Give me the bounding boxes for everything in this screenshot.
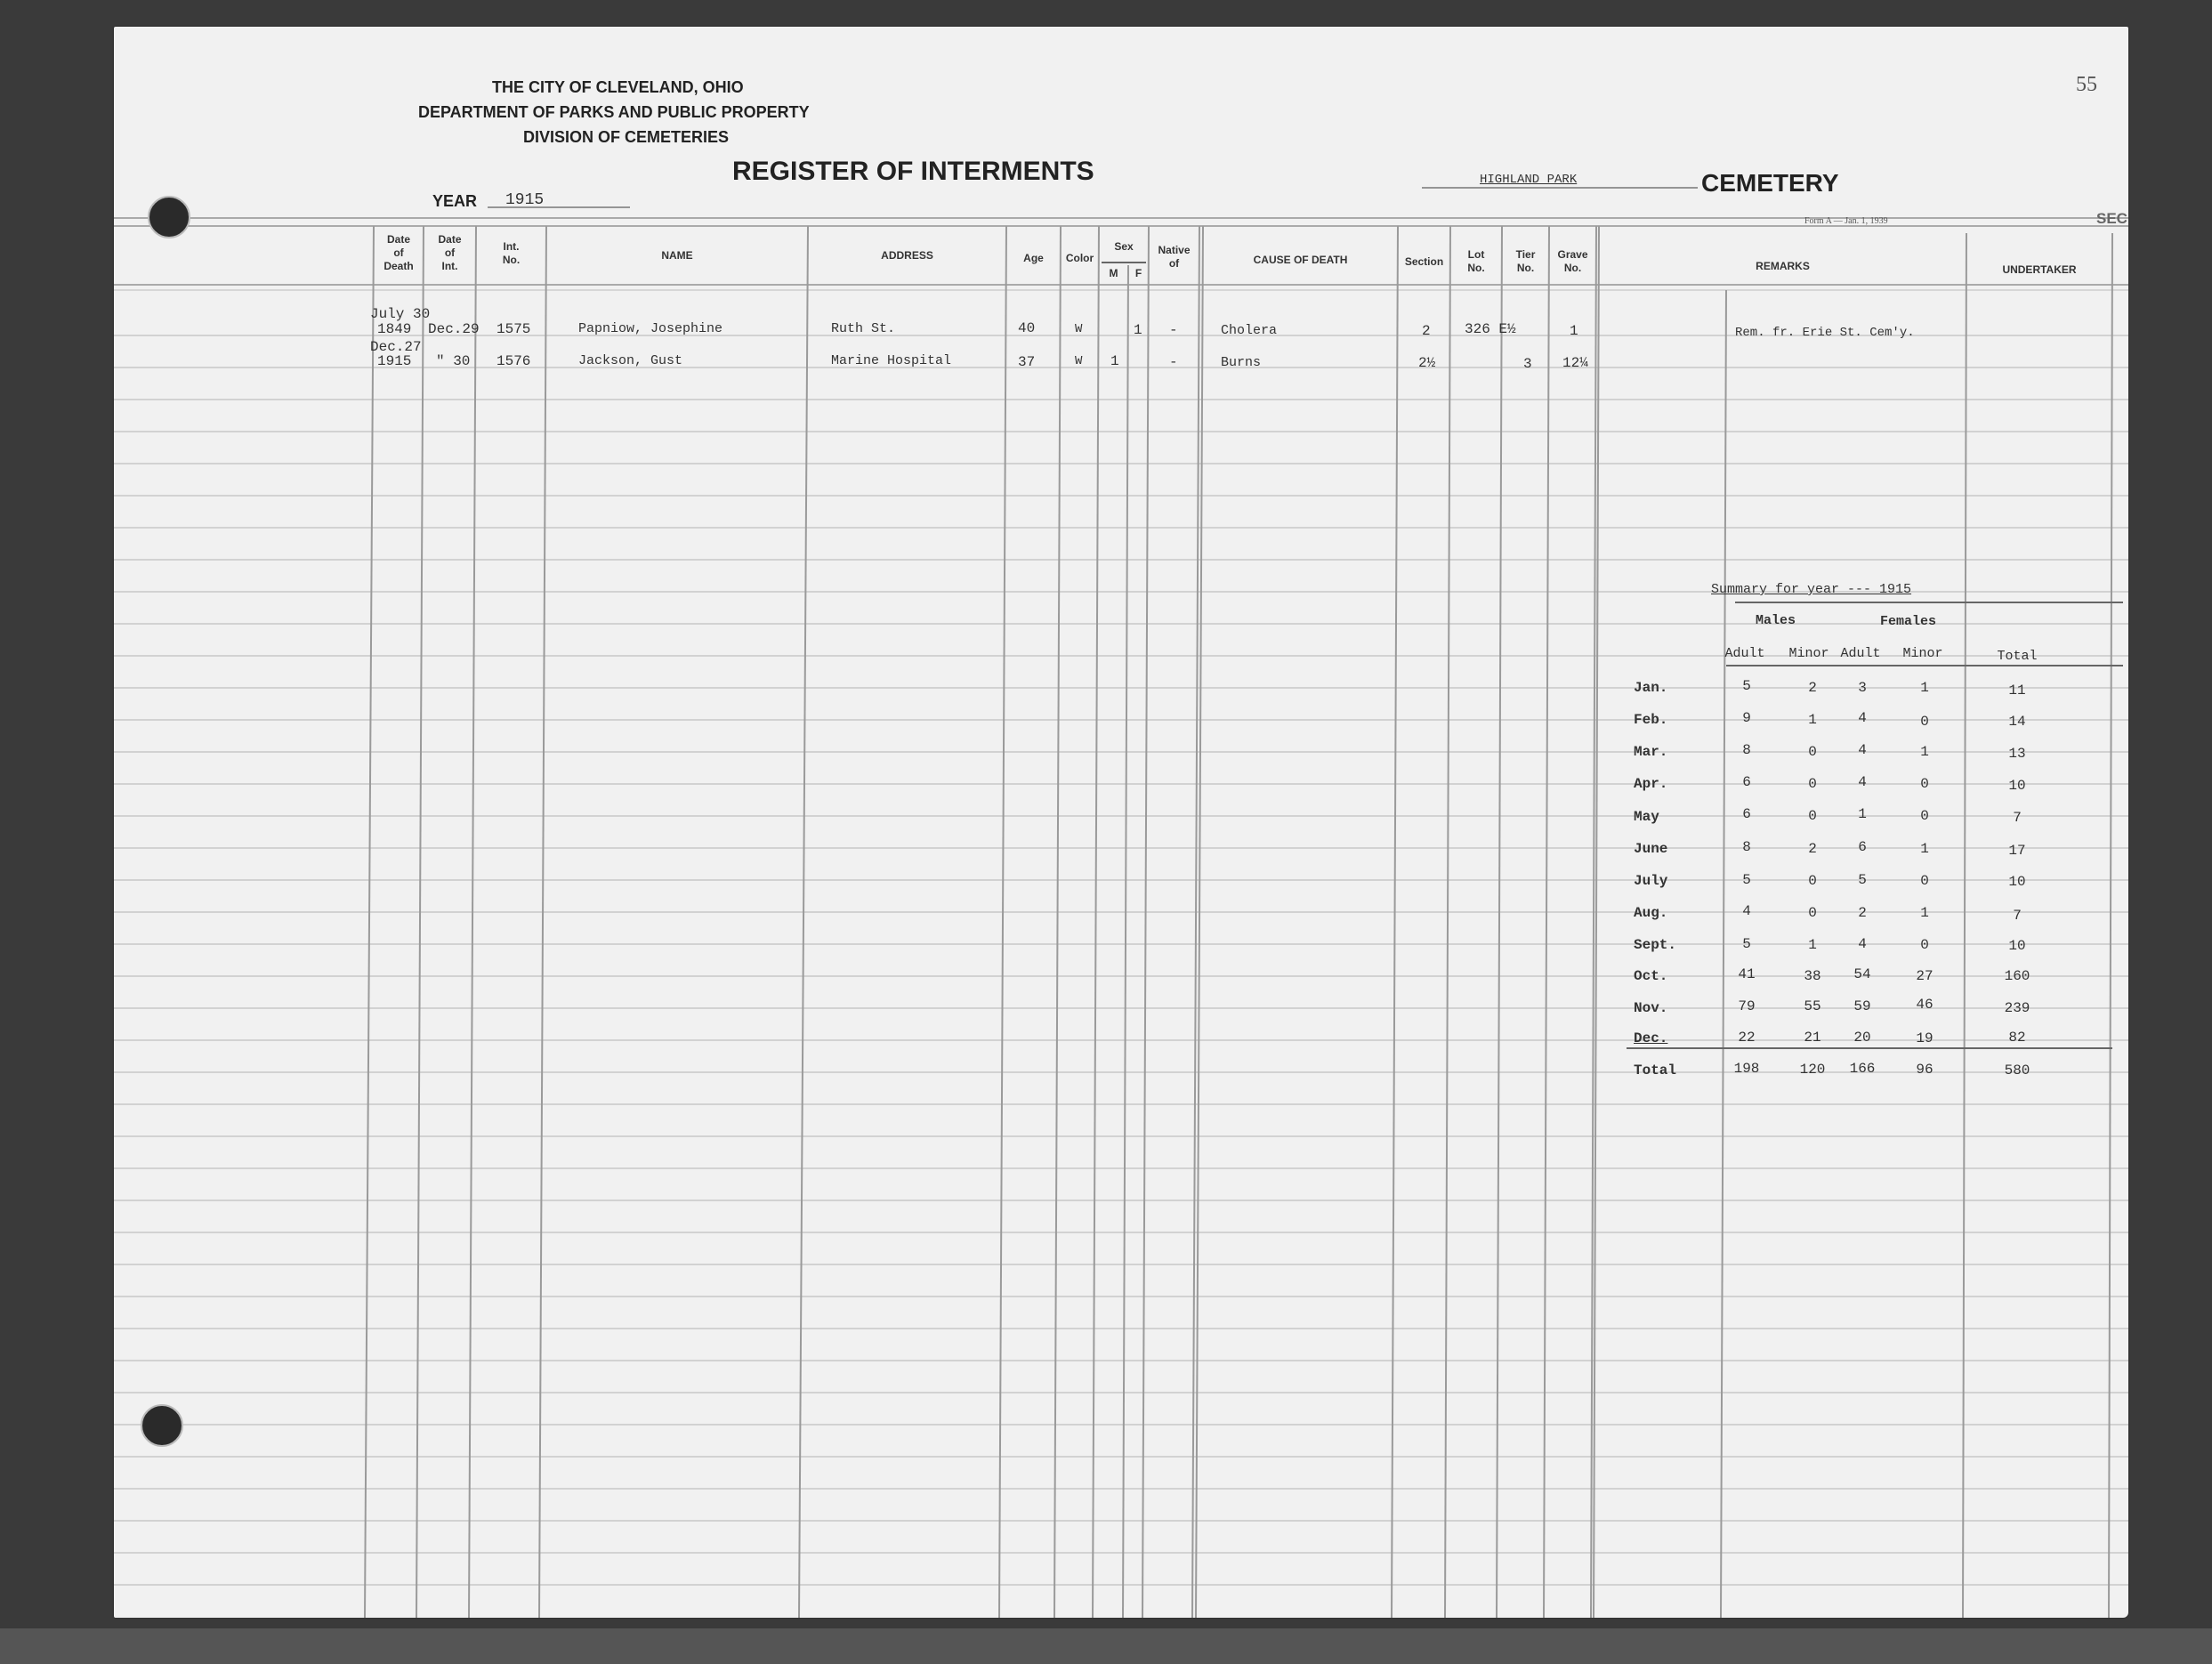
- males-adult: 6: [1724, 806, 1769, 822]
- native-of: -: [1169, 322, 1178, 338]
- summary-month: Jan.: [1634, 680, 1667, 696]
- col-date-of-death: Date of Death: [374, 233, 424, 273]
- native-of: -: [1169, 354, 1178, 370]
- summary-month: June: [1634, 841, 1667, 857]
- section: 2: [1422, 323, 1431, 339]
- summary-month: Feb.: [1634, 712, 1667, 728]
- summary-month: Nov.: [1634, 1000, 1667, 1016]
- females-minor: 1: [1902, 905, 1947, 921]
- date-of-death-line2: 1915: [377, 353, 411, 369]
- col-label: Int.: [424, 260, 476, 273]
- females-minor-total: 96: [1902, 1062, 1947, 1078]
- row-total: 11: [1995, 683, 2039, 699]
- col-label: Death: [374, 260, 424, 273]
- males-minor: 21: [1790, 1030, 1835, 1046]
- males-minor: 2: [1790, 680, 1835, 696]
- col-sex: Sex: [1099, 240, 1149, 254]
- name: Papniow, Josephine: [578, 321, 723, 336]
- scanner-background: [0, 1628, 2212, 1664]
- females-adult: 5: [1840, 872, 1885, 888]
- females-minor: 0: [1902, 776, 1947, 792]
- summary-month: Sept.: [1634, 937, 1676, 953]
- grave-no: 1: [1570, 323, 1578, 339]
- date-of-int: " 30: [436, 353, 470, 369]
- females-adult: 4: [1840, 936, 1885, 952]
- females-minor: 0: [1902, 937, 1947, 953]
- males-adult: 9: [1724, 710, 1769, 726]
- col-age: Age: [1006, 252, 1061, 265]
- col-label: No.: [1549, 262, 1596, 275]
- summary-group-males: Males: [1756, 613, 1796, 628]
- females-minor: 0: [1902, 714, 1947, 730]
- row-total: 7: [1995, 810, 2039, 826]
- males-minor: 0: [1790, 905, 1835, 921]
- department-heading: DEPARTMENT OF PARKS AND PUBLIC PROPERTY: [418, 103, 810, 122]
- females-adult-total: 166: [1840, 1061, 1885, 1077]
- summary-title: Summary for year --- 1915: [1711, 582, 1911, 597]
- form-note: Form A — Jan. 1, 1939: [1804, 216, 1888, 226]
- age: 40: [1018, 320, 1035, 336]
- color: W: [1075, 322, 1082, 336]
- males-adult: 5: [1724, 872, 1769, 888]
- division-heading: DIVISION OF CEMETERIES: [523, 128, 729, 147]
- binder-hole-top: [148, 196, 190, 238]
- col-sex-m: M: [1099, 267, 1128, 280]
- males-minor: 1: [1790, 712, 1835, 728]
- binder-hole-bottom: [141, 1404, 183, 1447]
- males-adult: 41: [1724, 966, 1769, 982]
- females-minor: 1: [1902, 744, 1947, 760]
- col-label: No.: [476, 254, 546, 267]
- cause-of-death: Burns: [1221, 355, 1261, 370]
- col-label: Native: [1149, 244, 1199, 257]
- col-label: of: [374, 246, 424, 260]
- summary-month: Apr.: [1634, 776, 1667, 792]
- col-label: Date: [424, 233, 476, 246]
- date-of-death-line2: 1849: [377, 321, 411, 337]
- females-minor: 19: [1902, 1030, 1947, 1046]
- col-label: No.: [1450, 262, 1502, 275]
- females-adult: 4: [1840, 774, 1885, 790]
- col-label: Lot: [1450, 248, 1502, 262]
- females-adult: 1: [1840, 806, 1885, 822]
- col-name: NAME: [546, 249, 808, 263]
- summary-month: Dec.: [1634, 1030, 1667, 1046]
- males-adult-total: 198: [1724, 1061, 1769, 1077]
- males-minor: 0: [1790, 873, 1835, 889]
- males-adult: 4: [1724, 903, 1769, 919]
- males-minor: 38: [1790, 968, 1835, 984]
- females-adult: 20: [1840, 1030, 1885, 1046]
- summary-month: Mar.: [1634, 744, 1667, 760]
- summary-header: Adult: [1723, 646, 1767, 661]
- section: 2½: [1418, 355, 1435, 371]
- row-total: 10: [1995, 938, 2039, 954]
- females-minor: 1: [1902, 841, 1947, 857]
- city-heading: THE CITY OF CLEVELAND, OHIO: [492, 78, 744, 97]
- females-minor: 0: [1902, 873, 1947, 889]
- row-total: 14: [1995, 714, 2039, 730]
- summary-header: Total: [1995, 649, 2039, 664]
- summary-header: Minor: [1787, 646, 1831, 661]
- col-lot-no: Lot No.: [1450, 248, 1502, 275]
- females-adult: 54: [1840, 966, 1885, 982]
- males-minor: 0: [1790, 808, 1835, 824]
- col-date-of-int: Date of Int.: [424, 233, 476, 273]
- males-minor: 0: [1790, 776, 1835, 792]
- address: Marine Hospital: [831, 353, 951, 368]
- color: W: [1075, 354, 1082, 368]
- females-minor: 27: [1902, 968, 1947, 984]
- col-native-of: Native of: [1149, 244, 1199, 271]
- summary-group-females: Females: [1880, 614, 1936, 629]
- males-adult: 22: [1724, 1030, 1769, 1046]
- males-adult: 5: [1724, 936, 1769, 952]
- int-no: 1575: [496, 321, 530, 337]
- page-number: 55: [2076, 73, 2097, 97]
- females-adult: 4: [1840, 742, 1885, 758]
- females-adult: 3: [1840, 680, 1885, 696]
- address: Ruth St.: [831, 321, 895, 336]
- age: 37: [1018, 354, 1035, 370]
- males-adult: 5: [1724, 678, 1769, 694]
- tier-no: 3: [1523, 356, 1532, 372]
- sec-label: SEC: [2096, 210, 2127, 228]
- males-minor: 55: [1790, 998, 1835, 1014]
- col-tier-no: Tier No.: [1502, 248, 1549, 275]
- col-sex-f: F: [1128, 267, 1149, 280]
- col-label: Int.: [476, 240, 546, 254]
- males-minor: 1: [1790, 937, 1835, 953]
- col-color: Color: [1061, 252, 1099, 265]
- females-adult: 4: [1840, 710, 1885, 726]
- summary-total-label: Total: [1634, 1062, 1676, 1078]
- int-no: 1576: [496, 353, 530, 369]
- row-total: 7: [1995, 908, 2039, 924]
- date-of-death-line1: July 30: [370, 306, 430, 322]
- cause-of-death: Cholera: [1221, 323, 1277, 338]
- summary-month: May: [1634, 809, 1659, 825]
- females-minor: 1: [1902, 680, 1947, 696]
- col-undertaker: UNDERTAKER: [1966, 263, 2112, 277]
- lot-no: 326 E½: [1465, 321, 1516, 337]
- col-cause-of-death: CAUSE OF DEATH: [1203, 254, 1398, 267]
- remarks: Rem. fr. Erie St. Cem'y.: [1735, 326, 1915, 340]
- date-of-int: Dec.29: [428, 321, 480, 337]
- females-minor: 46: [1902, 997, 1947, 1013]
- females-adult: 59: [1840, 998, 1885, 1014]
- summary-header: Adult: [1838, 646, 1883, 661]
- row-total: 239: [1995, 1000, 2039, 1016]
- summary-month: Aug.: [1634, 905, 1667, 921]
- males-adult: 6: [1724, 774, 1769, 790]
- col-grave-no: Grave No.: [1549, 248, 1596, 275]
- col-remarks: REMARKS: [1599, 260, 1966, 273]
- row-total: 17: [1995, 843, 2039, 859]
- males-minor: 0: [1790, 744, 1835, 760]
- row-total: 13: [1995, 746, 2039, 762]
- males-minor: 2: [1790, 841, 1835, 857]
- grave-no: 12¼: [1562, 355, 1588, 371]
- females-minor: 0: [1902, 808, 1947, 824]
- row-total: 160: [1995, 968, 2039, 984]
- row-total: 10: [1995, 778, 2039, 794]
- summary-header: Minor: [1901, 646, 1945, 661]
- males-adult: 8: [1724, 839, 1769, 855]
- sex-f: 1: [1134, 322, 1142, 338]
- col-label: Date: [374, 233, 424, 246]
- males-adult: 8: [1724, 742, 1769, 758]
- grand-total: 580: [1995, 1062, 2039, 1078]
- males-adult: 79: [1724, 998, 1769, 1014]
- summary-month: July: [1634, 873, 1667, 889]
- year-value: 1915: [505, 191, 544, 209]
- females-adult: 6: [1840, 839, 1885, 855]
- col-label: Tier: [1502, 248, 1549, 262]
- col-section: Section: [1398, 255, 1450, 269]
- col-int-no: Int. No.: [476, 240, 546, 267]
- col-label: of: [424, 246, 476, 260]
- col-address: ADDRESS: [808, 249, 1006, 263]
- cemetery-label: CEMETERY: [1701, 169, 1839, 198]
- sex-m: 1: [1110, 353, 1119, 369]
- males-minor-total: 120: [1790, 1062, 1835, 1078]
- page-title: REGISTER OF INTERMENTS: [732, 157, 1094, 187]
- col-label: No.: [1502, 262, 1549, 275]
- col-label: Grave: [1549, 248, 1596, 262]
- year-label: YEAR: [432, 192, 477, 211]
- name: Jackson, Gust: [578, 353, 682, 368]
- row-total: 82: [1995, 1030, 2039, 1046]
- row-total: 10: [1995, 874, 2039, 890]
- females-adult: 2: [1840, 905, 1885, 921]
- cemetery-name: HIGHLAND PARK: [1480, 173, 1577, 187]
- register-page: THE CITY OF CLEVELAND, OHIO DEPARTMENT O…: [114, 27, 2128, 1618]
- col-label: of: [1149, 257, 1199, 271]
- summary-month: Oct.: [1634, 968, 1667, 984]
